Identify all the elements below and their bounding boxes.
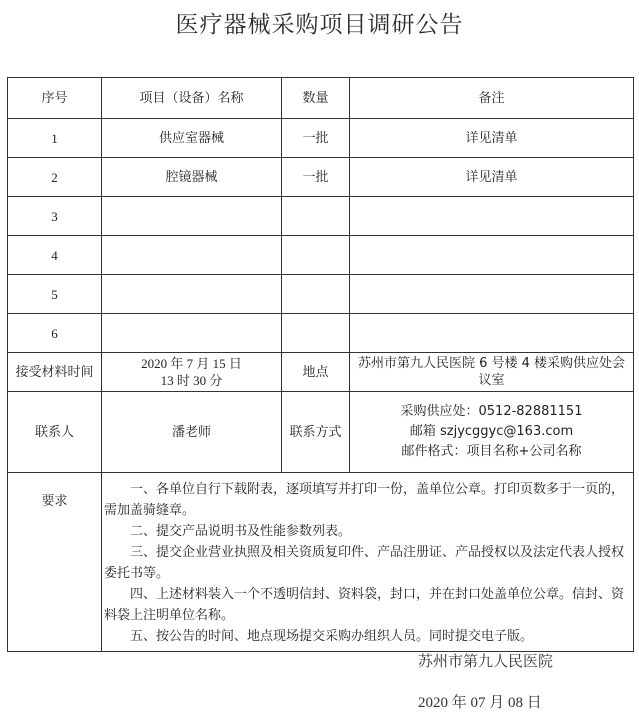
row-serial: 1 [8,119,102,158]
row-quantity [282,314,350,353]
requirements-label: 要求 [8,473,102,652]
row-serial: 3 [8,197,102,236]
row-item-name [102,314,282,353]
receive-time-value: 2020 年 7 月 15 日 13 时 30 分 [102,353,282,392]
issuing-organization: 苏州市第九人民医院 [418,650,553,671]
receive-clock: 13 时 30 分 [102,372,281,389]
row-quantity [282,236,350,275]
table-row: 4 [8,236,634,275]
contact-person: 潘老师 [102,392,282,473]
row-quantity [282,197,350,236]
contact-method-value: 采购供应处：0512-82881151 邮箱 szjycggyc@163.com… [350,392,634,473]
header-remarks: 备注 [350,78,634,119]
row-item-name [102,197,282,236]
table-header-row: 序号 项目（设备）名称 数量 备注 [8,78,634,119]
contact-mail-format: 邮件格式：项目名称+公司名称 [350,442,633,462]
row-remarks [350,314,634,353]
procurement-table: 序号 项目（设备）名称 数量 备注 1 供应室器械 一批 详见清单 2 腔镜器械… [7,77,634,652]
table-row: 2 腔镜器械 一批 详见清单 [8,158,634,197]
row-quantity: 一批 [282,158,350,197]
row-remarks [350,275,634,314]
location-value: 苏州市第九人民医院 6 号楼 4 楼采购供应处会议室 [350,353,634,392]
row-quantity: 一批 [282,119,350,158]
table-row: 1 供应室器械 一批 详见清单 [8,119,634,158]
header-item-name: 项目（设备）名称 [102,78,282,119]
requirement-item: 三、提交企业营业执照及相关资质复印件、产品注册证、产品授权以及法定代表人授权委托… [104,542,629,584]
requirement-item: 四、上述材料装入一个不透明信封、资料袋，封口，并在封口处盖单位公章。信封、资料袋… [104,584,629,626]
row-item-name: 腔镜器械 [102,158,282,197]
header-quantity: 数量 [282,78,350,119]
row-serial: 5 [8,275,102,314]
row-remarks [350,197,634,236]
row-item-name: 供应室器械 [102,119,282,158]
issue-date: 2020 年 07 月 08 日 [418,691,542,712]
contact-label: 联系人 [8,392,102,473]
table-row: 3 [8,197,634,236]
requirement-item: 一、各单位自行下载附表，逐项填写并打印一份，盖单位公章。打印页数多于一页的，需加… [104,479,629,521]
requirement-item: 五、按公告的时间、地点现场提交采购办组织人员。同时提交电子版。 [104,626,629,647]
contact-row: 联系人 潘老师 联系方式 采购供应处：0512-82881151 邮箱 szjy… [8,392,634,473]
document-title: 医疗器械采购项目调研公告 [0,6,639,39]
header-serial: 序号 [8,78,102,119]
table-row: 6 [8,314,634,353]
row-serial: 6 [8,314,102,353]
contact-email: 邮箱 szjycggyc@163.com [350,422,633,442]
row-serial: 2 [8,158,102,197]
row-serial: 4 [8,236,102,275]
contact-phone: 采购供应处：0512-82881151 [350,402,633,422]
row-remarks [350,236,634,275]
receive-time-label: 接受材料时间 [8,353,102,392]
row-remarks: 详见清单 [350,158,634,197]
row-quantity [282,275,350,314]
requirements-content: 一、各单位自行下载附表，逐项填写并打印一份，盖单位公章。打印页数多于一页的，需加… [102,473,634,652]
location-label: 地点 [282,353,350,392]
contact-method-label: 联系方式 [282,392,350,473]
row-item-name [102,236,282,275]
row-remarks: 详见清单 [350,119,634,158]
table-row: 5 [8,275,634,314]
requirements-row: 要求 一、各单位自行下载附表，逐项填写并打印一份，盖单位公章。打印页数多于一页的… [8,473,634,652]
row-item-name [102,275,282,314]
receive-date: 2020 年 7 月 15 日 [102,355,281,372]
requirement-item: 二、提交产品说明书及性能参数列表。 [104,521,629,542]
receive-time-row: 接受材料时间 2020 年 7 月 15 日 13 时 30 分 地点 苏州市第… [8,353,634,392]
